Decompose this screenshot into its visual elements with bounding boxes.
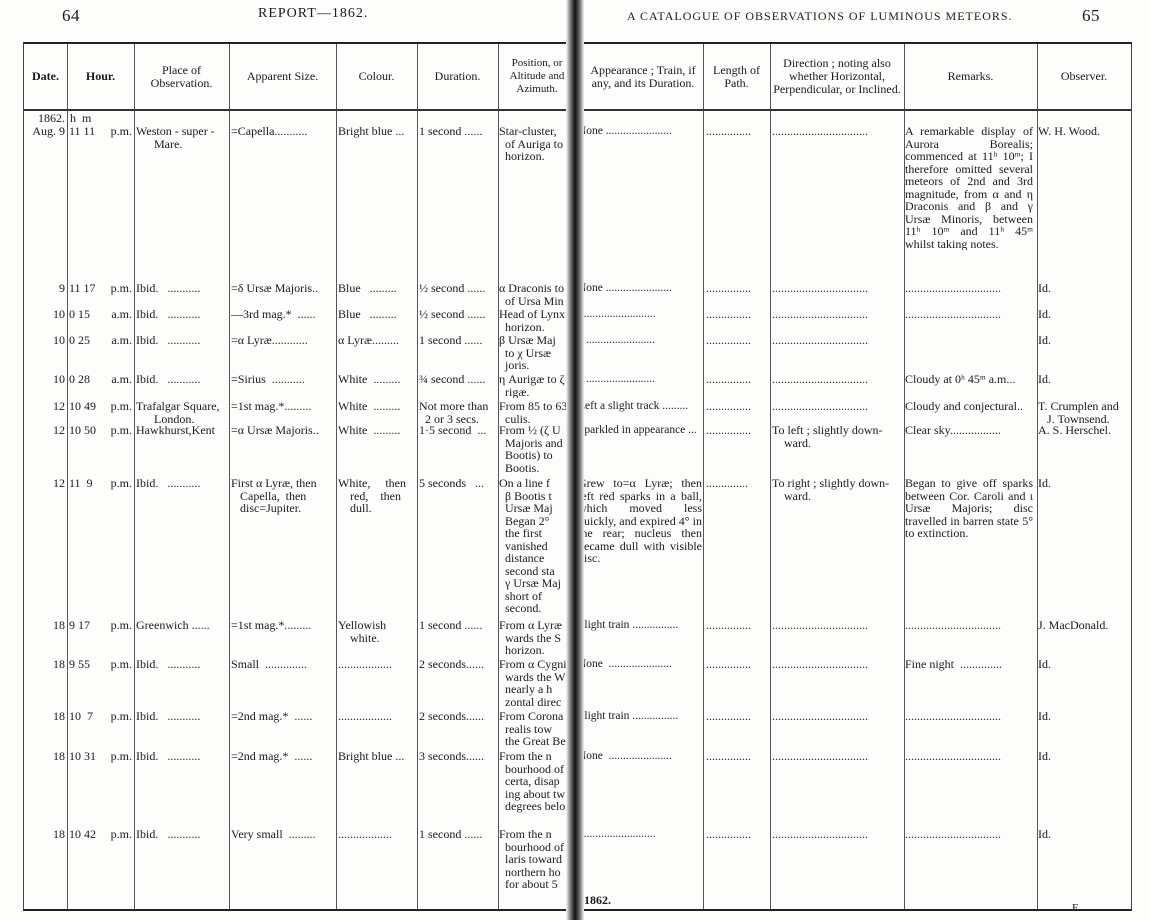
cell-appearance: None .......................: [578, 125, 702, 138]
cell-duration: 1·5 second ...: [419, 424, 497, 437]
cell-direction: To left ; slightly down- ward.: [772, 424, 903, 449]
cell-observer: Id.: [1038, 710, 1130, 723]
cell-place: Weston - super - Mare.: [136, 125, 228, 150]
cell-place: Ibid. ...........: [136, 334, 228, 347]
cell-remarks: Began to give off sparks between Cor. Ca…: [905, 477, 1033, 540]
cell-date: 18: [23, 619, 65, 632]
cell-remarks: A remarkable display of Aurora Borealis;…: [905, 125, 1033, 250]
header-hour: Hour.: [67, 44, 134, 111]
cell-date: 9: [23, 282, 65, 295]
cell-ampm: a.m.: [95, 373, 132, 386]
cell-size: First α Lyræ, then Capella, then disc=Ju…: [231, 477, 335, 515]
year-label: 1862.: [23, 112, 65, 125]
cell-position: η Aurigæ to ζ rigæ.: [499, 373, 569, 398]
cell-position: On a line f β Bootis t Ursæ Maj Began 2°…: [499, 477, 569, 615]
cell-date: 18: [23, 658, 65, 671]
cell-duration: ½ second ......: [419, 308, 497, 321]
book-gutter: [566, 0, 584, 920]
cell-length: ..............: [706, 477, 770, 490]
cell-direction: ................................: [772, 282, 903, 295]
cell-colour: Bright blue ...: [338, 125, 416, 138]
cell-appearance: Slight train ................: [578, 619, 702, 632]
cell-size: =Capella...........: [231, 125, 335, 138]
cell-direction: ................................: [772, 710, 903, 723]
cell-remarks: ................................: [905, 619, 1033, 632]
cell-size: =2nd mag.* ......: [231, 710, 335, 723]
cell-appearance: None ......................: [578, 658, 702, 671]
header-colour: Colour.: [336, 44, 417, 111]
cell-remarks: ................................: [905, 282, 1033, 295]
cell-observer: T. Crumplen and J. Townsend.: [1038, 400, 1130, 425]
cell-duration: 1 second ......: [419, 125, 497, 138]
cell-colour: Bright blue ...: [338, 750, 416, 763]
left-page-number: 64: [62, 6, 80, 26]
cell-direction: ................................: [772, 828, 903, 841]
cell-place: Ibid. ...........: [136, 750, 228, 763]
cell-size: =1st mag.*.........: [231, 619, 335, 632]
cell-direction: ................................: [772, 400, 903, 413]
cell-size: Small ..............: [231, 658, 335, 671]
cell-colour: Yellowish white.: [338, 619, 416, 644]
cell-place: Ibid. ...........: [136, 828, 228, 841]
cell-observer: J. MacDonald.: [1038, 619, 1130, 632]
cell-observer: Id.: [1038, 658, 1130, 671]
cell-duration: 3 seconds......: [419, 750, 497, 763]
cell-length: ...............: [706, 658, 770, 671]
cell-position: From 85 to 63 culis.: [499, 400, 569, 425]
cell-size: —3rd mag.* ......: [231, 308, 335, 321]
header-position: Position, or Altitude and Azimuth.: [498, 44, 576, 111]
header-remarks: Remarks.: [904, 44, 1037, 111]
left-running-head: REPORT—1862.: [258, 6, 368, 22]
right-page-number: 65: [1082, 6, 1100, 26]
cell-direction: To right ; slightly down- ward.: [772, 477, 903, 502]
cell-appearance: Slight train ................: [578, 710, 702, 723]
cell-position: From the n bourhood of laris toward nort…: [499, 828, 569, 891]
cell-length: ...............: [706, 750, 770, 763]
cell-duration: ¾ second ......: [419, 373, 497, 386]
cell-length: ...............: [706, 424, 770, 437]
cell-remarks: ................................: [905, 828, 1033, 841]
cell-date: 12: [23, 424, 65, 437]
cell-appearance: None .......................: [578, 282, 702, 295]
cell-date: 10: [23, 308, 65, 321]
header-length: Length of Path.: [703, 44, 770, 111]
cell-date: 18: [23, 828, 65, 841]
cell-colour: ..................: [338, 658, 416, 671]
cell-duration: 2 seconds......: [419, 710, 497, 723]
header-duration: Duration.: [417, 44, 498, 111]
cell-size: =α Lyræ............: [231, 334, 335, 347]
cell-colour: White .........: [338, 373, 416, 386]
cell-place: Ibid. ...........: [136, 282, 228, 295]
cell-appearance: Grew to=α Lyræ; then left red sparks in …: [578, 477, 702, 565]
cell-place: Hawkhurst,Kent: [136, 424, 228, 437]
cell-duration: ½ second ......: [419, 282, 497, 295]
cell-ampm: p.m.: [95, 750, 132, 763]
cell-date: 10: [23, 373, 65, 386]
cell-observer: A. S. Herschel.: [1038, 424, 1130, 437]
cell-ampm: a.m.: [95, 308, 132, 321]
cell-colour: White .........: [338, 400, 416, 413]
cell-position: Head of Lynx horizon.: [499, 308, 569, 333]
cell-place: Trafalgar Square, London.: [136, 400, 228, 425]
cell-length: ...............: [706, 710, 770, 723]
cell-appearance: None ......................: [578, 750, 702, 763]
cell-size: =Sirius ...........: [231, 373, 335, 386]
cell-size: =δ Ursæ Majoris..: [231, 282, 335, 295]
cell-place: Ibid. ...........: [136, 373, 228, 386]
cell-colour: Blue .........: [338, 308, 416, 321]
cell-length: ...............: [706, 308, 770, 321]
cell-remarks: Fine night ..............: [905, 658, 1033, 671]
cell-duration: 1 second ......: [419, 828, 497, 841]
cell-observer: Id.: [1038, 282, 1130, 295]
cell-remarks: ................................: [905, 308, 1033, 321]
cell-size: =1st mag.*.........: [231, 400, 335, 413]
cell-date: 10: [23, 334, 65, 347]
cell-duration: 1 second ......: [419, 619, 497, 632]
header-place: Place of Observation.: [134, 44, 229, 111]
cell-position: Star-cluster, of Auriga to horizon.: [499, 125, 569, 163]
cell-ampm: p.m.: [95, 658, 132, 671]
cell-duration: 5 seconds ...: [419, 477, 497, 490]
cell-observer: Id.: [1038, 750, 1130, 763]
cell-observer: Id.: [1038, 477, 1130, 490]
cell-place: Ibid. ...........: [136, 710, 228, 723]
cell-position: From α Cygni wards the W nearly a h zont…: [499, 658, 569, 708]
cell-duration: 1 second ......: [419, 334, 497, 347]
cell-date: 12: [23, 477, 65, 490]
header-date: Date.: [24, 44, 67, 111]
cell-length: ...............: [706, 400, 770, 413]
cell-place: Ibid. ...........: [136, 658, 228, 671]
cell-size: =2nd mag.* ......: [231, 750, 335, 763]
cell-appearance: Left a slight track .........: [578, 400, 702, 413]
cell-position: From α Lyræ wards the S horizon.: [499, 619, 569, 657]
cell-ampm: p.m.: [95, 828, 132, 841]
cell-direction: ................................: [772, 750, 903, 763]
cell-date: Aug. 9: [23, 125, 65, 138]
cell-length: ...............: [706, 619, 770, 632]
cell-size: Very small .........: [231, 828, 335, 841]
cell-duration: 2 seconds......: [419, 658, 497, 671]
cell-appearance: Sparkled in appearance ...: [578, 424, 702, 437]
cell-ampm: p.m.: [95, 282, 132, 295]
cell-remarks: ................................: [905, 710, 1033, 723]
cell-length: ...............: [706, 334, 770, 347]
cell-position: From the n bourhood of certa, disap ing …: [499, 750, 569, 813]
cell-colour: White, then red, then dull.: [338, 477, 416, 515]
header-size: Apparent Size.: [229, 44, 336, 111]
cell-size: =α Ursæ Majoris..: [231, 424, 335, 437]
hour-units: h m: [70, 112, 91, 125]
cell-place: Greenwich ......: [136, 619, 228, 632]
header-observer: Observer.: [1037, 44, 1131, 111]
cell-direction: ................................: [772, 373, 903, 386]
cell-date: 18: [23, 750, 65, 763]
cell-colour: Blue .........: [338, 282, 416, 295]
signature-mark: F: [1072, 902, 1078, 914]
cell-length: ...............: [706, 125, 770, 138]
cell-ampm: p.m.: [95, 710, 132, 723]
cell-observer: Id.: [1038, 334, 1130, 347]
cell-ampm: p.m.: [95, 400, 132, 413]
cell-remarks: Cloudy and conjectural..: [905, 400, 1033, 413]
cell-colour: ..................: [338, 710, 416, 723]
cell-colour: White .........: [338, 424, 416, 437]
right-running-head: A CATALOGUE OF OBSERVATIONS OF LUMINOUS …: [627, 9, 1013, 24]
cell-place: Ibid. ...........: [136, 308, 228, 321]
cell-observer: Id.: [1038, 828, 1130, 841]
cell-observer: Id.: [1038, 308, 1130, 321]
cell-position: α Draconis to of Ursa Min: [499, 282, 569, 307]
cell-observer: Id.: [1038, 373, 1130, 386]
cell-appearance: ? ........................: [578, 373, 702, 386]
cell-ampm: p.m.: [95, 477, 132, 490]
cell-direction: ................................: [772, 125, 903, 138]
cell-date: 18: [23, 710, 65, 723]
cell-length: ...............: [706, 373, 770, 386]
cell-place: Ibid. ...........: [136, 477, 228, 490]
cell-ampm: p.m.: [95, 424, 132, 437]
cell-appearance: ...........................: [578, 308, 702, 321]
cell-colour: ..................: [338, 828, 416, 841]
header-direction: Direction ; noting also whether Horizont…: [770, 44, 904, 111]
cell-position: From Corona realis tow the Great Be: [499, 710, 569, 748]
cell-colour: α Lyræ.........: [338, 334, 416, 347]
header-appearance: Appearance ; Train, if any, and its Dura…: [575, 44, 703, 111]
cell-remarks: Cloudy at 0ʰ 45ᵐ a.m...: [905, 373, 1033, 386]
cell-direction: ................................: [772, 658, 903, 671]
cell-ampm: p.m.: [95, 125, 132, 138]
cell-appearance: ? ........................: [578, 334, 702, 347]
cell-direction: ................................: [772, 308, 903, 321]
cell-length: ...............: [706, 282, 770, 295]
cell-ampm: a.m.: [95, 334, 132, 347]
cell-position: From ½ (ζ U Majoris and Bootis) to Booti…: [499, 424, 569, 474]
cell-direction: ................................: [772, 334, 903, 347]
cell-duration: Not more than 2 or 3 secs.: [419, 400, 497, 425]
cell-appearance: ...........................: [578, 828, 702, 841]
cell-position: β Ursæ Maj to χ Ursæ joris.: [499, 334, 569, 372]
cell-ampm: p.m.: [95, 619, 132, 632]
cell-remarks: ................................: [905, 750, 1033, 763]
cell-observer: W. H. Wood.: [1038, 125, 1130, 138]
cell-direction: ................................: [772, 619, 903, 632]
footer-year: 1862.: [584, 893, 611, 908]
cell-date: 12: [23, 400, 65, 413]
cell-remarks: Clear sky.................: [905, 424, 1033, 437]
cell-length: ...............: [706, 828, 770, 841]
